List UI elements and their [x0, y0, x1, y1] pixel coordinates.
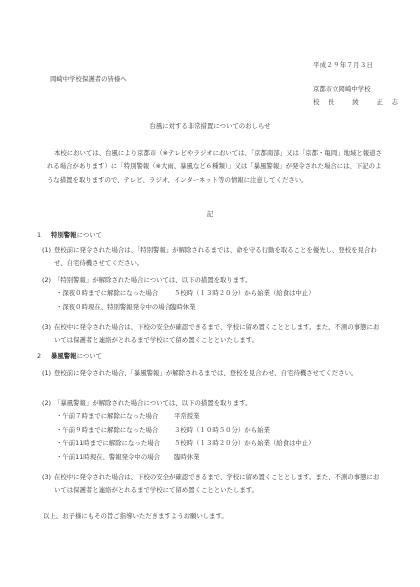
- item-text: 在校中に発令された場合は、下校の安全が確認できるまで、学校に留め置くこととします…: [42, 321, 382, 348]
- item-marker: (2): [42, 274, 51, 287]
- sub-item-condition: ・午前11時までに解除になった場合: [56, 437, 174, 450]
- issue-date: 平成２９年７月３日: [313, 61, 373, 70]
- sub-item-action: 平常授業: [174, 412, 200, 420]
- section-2-item-3: (3) 在校中に発令された場合は、下校の安全が確認できるまで、学校に留め置くこと…: [42, 471, 382, 498]
- section-number: 2: [37, 352, 51, 361]
- item-text: 「特別警報」が解除された場合については、以下の措置を取ります。: [42, 274, 382, 287]
- school-name: 京都市立岡崎中学校: [313, 85, 371, 94]
- section-1-item-3: (3) 在校中に発令された場合は、下校の安全が確認できるまで、学校に留め置くこと…: [42, 321, 382, 348]
- sub-item: ・深夜０時現在、特別警報発令中の場合臨時休業: [42, 301, 382, 314]
- sub-item-action: ５校時（１３時２０分）から始業（給食は中止）: [174, 289, 315, 297]
- section-heading-rest: について: [77, 352, 102, 360]
- item-text: 在校中に発令された場合は、下校の安全が確認できるまで、学校に留め置くこととします…: [42, 471, 382, 498]
- addressee: 岡崎中学校保護者の皆様へ: [50, 75, 127, 84]
- item-marker: (2): [42, 397, 51, 410]
- intro-paragraph: 本校においては、台風により京都市（※テレビやラジオにおいては、「京都南部」又は「…: [47, 147, 382, 187]
- section-heading-rest: について: [77, 231, 102, 239]
- section-heading-bold: 特別警報: [51, 231, 77, 239]
- section-2-item-1: (1) 登校前に発令された場合、「暴風警報」が解除されるまでは、登校を見合わせ、…: [42, 367, 382, 380]
- sub-item-action: ５校時（１３時２０分）から始業（給食は中止）: [174, 439, 315, 447]
- sub-item: ・深夜０時までに解除になった場合５校時（１３時２０分）から始業（給食は中止）: [42, 287, 382, 300]
- ki-marker: 記: [0, 210, 420, 219]
- section-1-item-1: (1) 登校前に発令された場合は、「特別警報」が解除されるまでは、命を守る行動を…: [42, 244, 382, 271]
- notice-document: 平成２９年７月３日 岡崎中学校保護者の皆様へ 京都市立岡崎中学校 校 長 綾 正…: [0, 0, 420, 587]
- document-title: 台風に対する非常措置についてのおしらせ: [0, 122, 420, 131]
- sub-item-condition: ・午前７時までに解除になった場合: [56, 410, 174, 423]
- item-marker: (1): [42, 367, 51, 380]
- section-number: 1: [37, 231, 51, 240]
- item-marker: (3): [42, 471, 51, 484]
- item-text: 「暴風警報」が解除された場合については、以下の措置を取ります。: [42, 397, 382, 410]
- sub-item: ・午前11時までに解除になった場合５校時（１３時２０分）から始業（給食は中止）: [42, 437, 382, 450]
- sub-item-condition: ・深夜０時現在、特別警報発令中の場合: [56, 301, 170, 314]
- sub-item-action: ３校時（１０時５０分）から始業: [174, 426, 270, 434]
- sub-item: ・午前11時現在、警報発令中の場合臨時休業: [42, 451, 382, 464]
- section-2-heading: 2暴風警報について: [37, 352, 102, 361]
- principal-name: 校 長 綾 正 志: [313, 98, 401, 107]
- item-marker: (1): [42, 244, 51, 257]
- section-1-item-2: (2) 「特別警報」が解除された場合については、以下の措置を取ります。 ・深夜０…: [42, 274, 382, 314]
- closing-remark: 以上、お子様にもその旨ご指導いただきますようお願いします。: [43, 512, 228, 521]
- sub-item-condition: ・午前９時までに解除になった場合: [56, 424, 174, 437]
- section-2-item-2: (2) 「暴風警報」が解除された場合については、以下の措置を取ります。 ・午前７…: [42, 397, 382, 464]
- sub-item-action: 臨時休業: [170, 303, 196, 311]
- sub-item-condition: ・深夜０時までに解除になった場合: [56, 287, 174, 300]
- section-1-heading: 1特別警報について: [37, 231, 102, 240]
- item-text: 登校前に発令された場合、「暴風警報」が解除されるまでは、登校を見合わせ、自宅待機…: [42, 367, 382, 380]
- item-text: 登校前に発令された場合は、「特別警報」が解除されるまでは、命を守る行動を取ること…: [42, 244, 382, 271]
- sub-item: ・午前９時までに解除になった場合３校時（１０時５０分）から始業: [42, 424, 382, 437]
- sub-item-action: 臨時休業: [174, 453, 200, 461]
- section-heading-bold: 暴風警報: [51, 352, 77, 360]
- sub-item: ・午前７時までに解除になった場合平常授業: [42, 410, 382, 423]
- sub-item-condition: ・午前11時現在、警報発令中の場合: [56, 451, 174, 464]
- item-marker: (3): [42, 321, 51, 334]
